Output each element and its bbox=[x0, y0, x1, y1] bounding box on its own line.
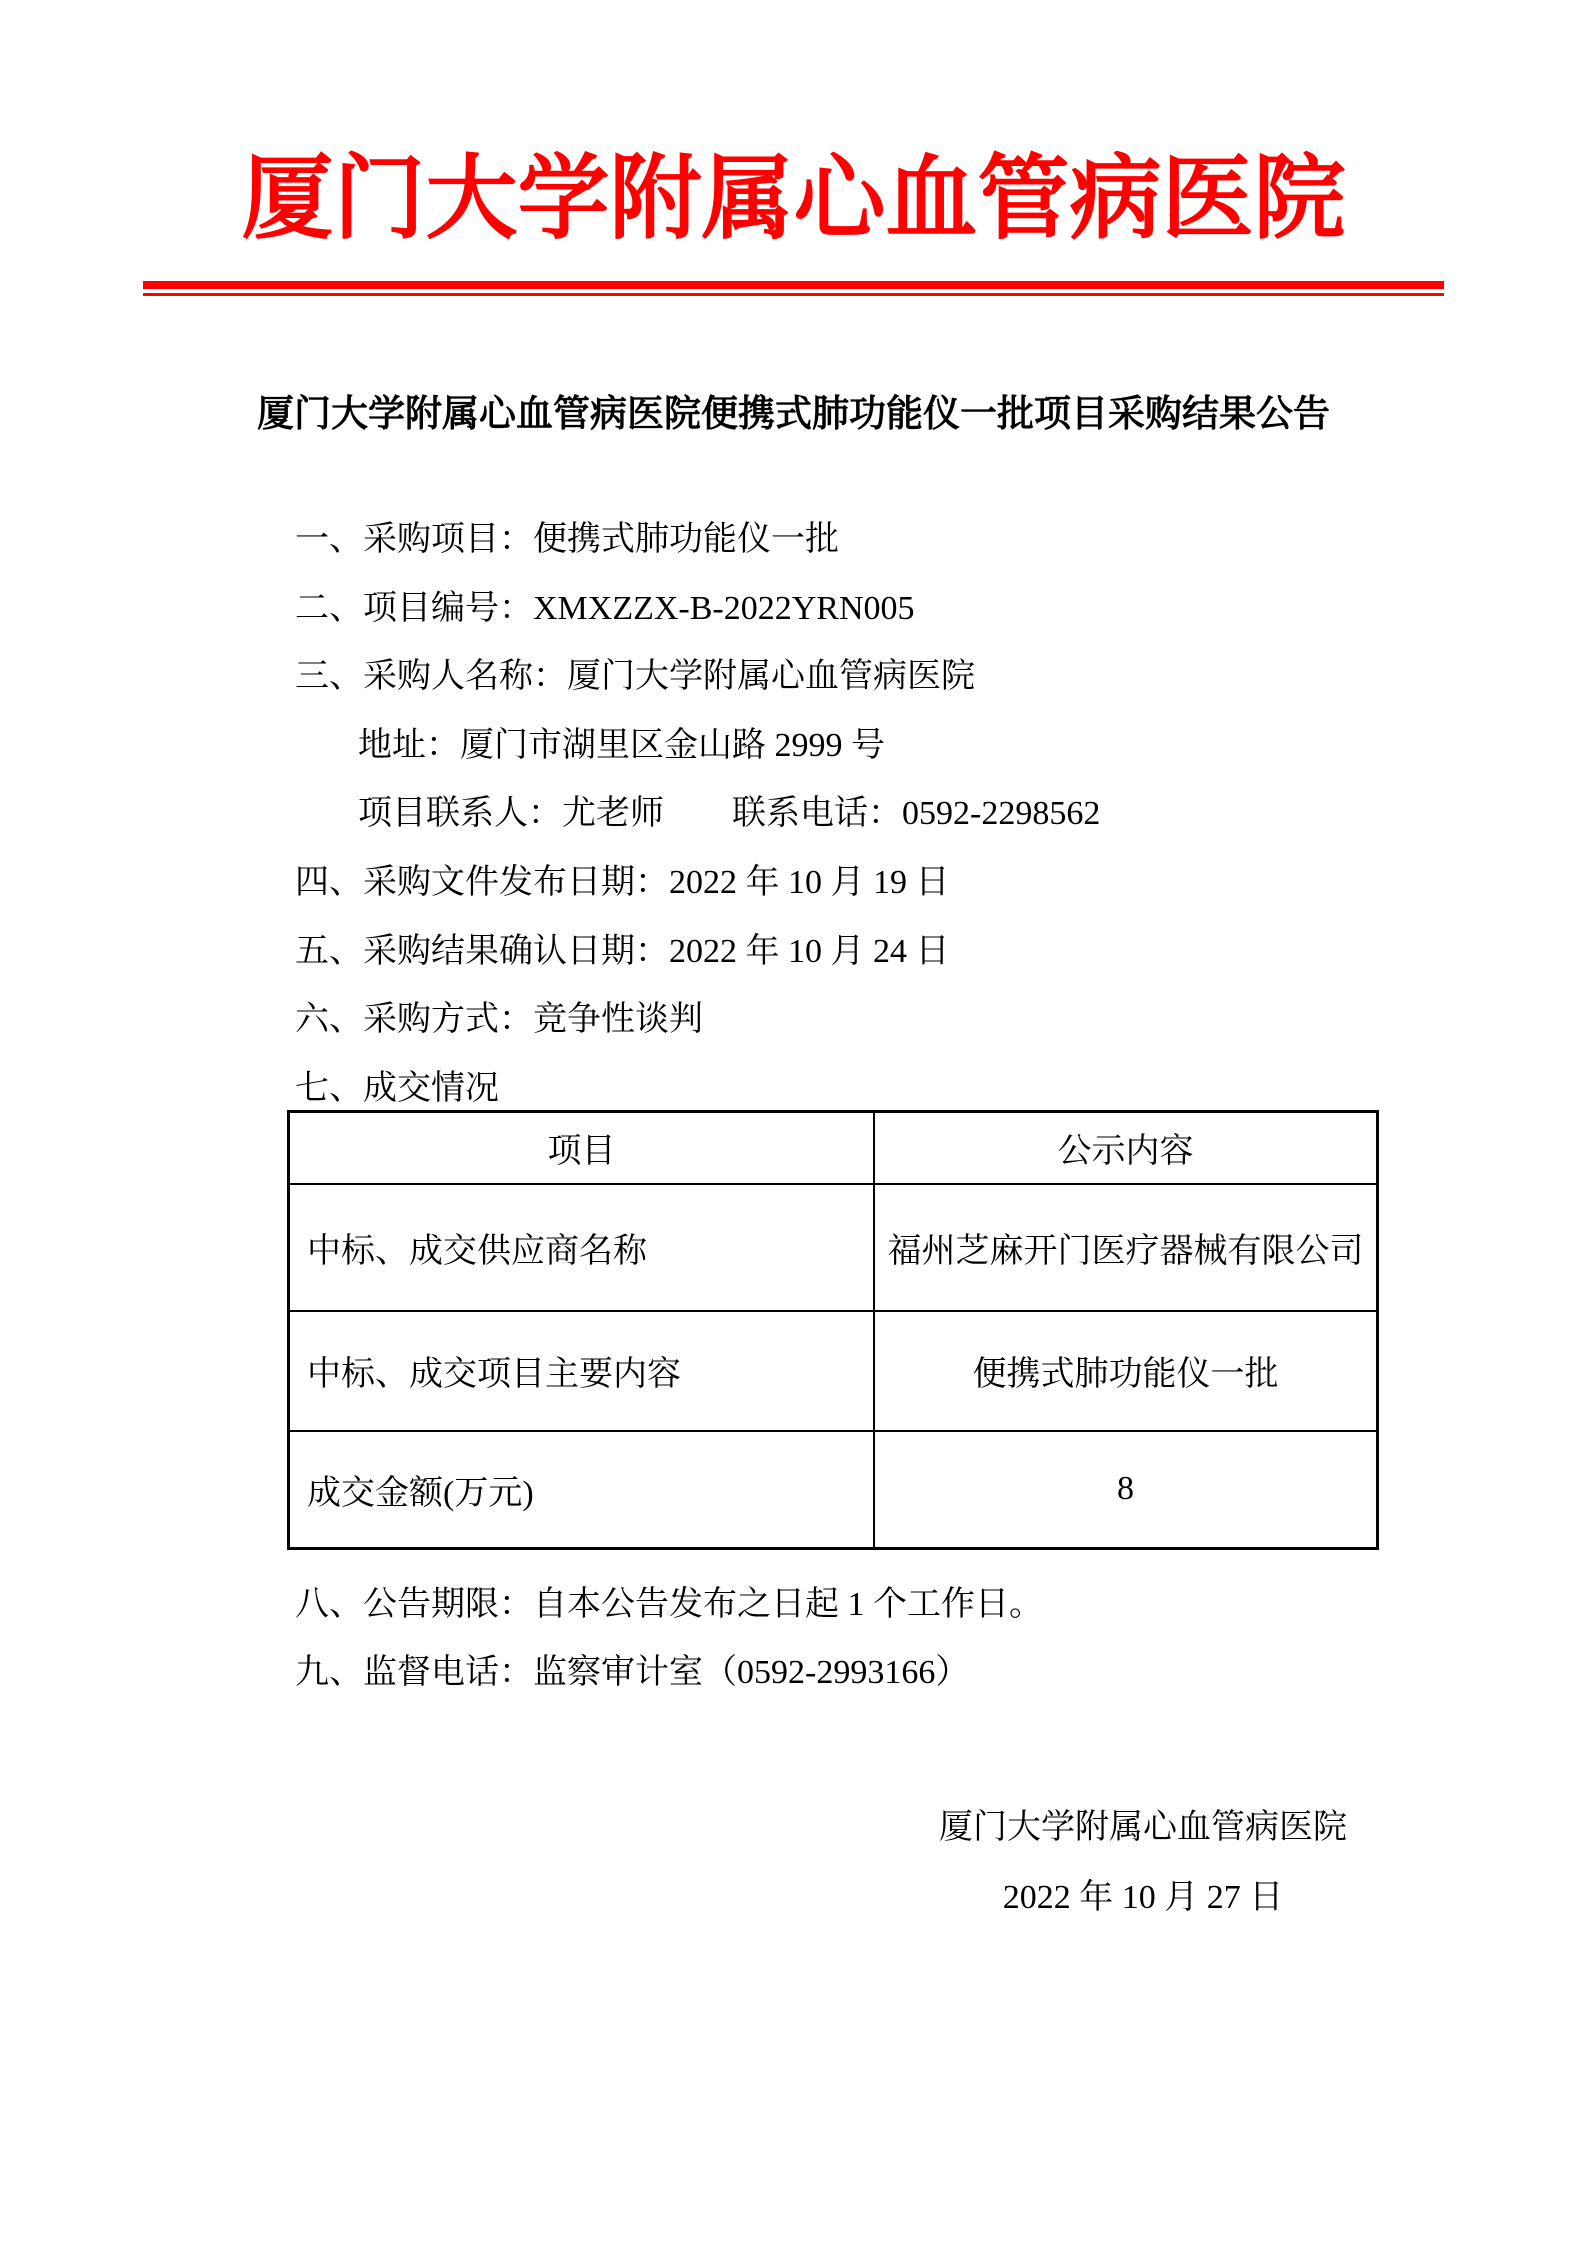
table-row-deal-amount: 成交金额(万元) 8 bbox=[289, 1431, 1378, 1549]
letterhead-divider-thin-line bbox=[143, 293, 1444, 296]
signature-org: 厦门大学附属心血管病医院 bbox=[939, 1806, 1347, 1850]
table-row-supplier: 中标、成交供应商名称 福州芝麻开门医疗器械有限公司 bbox=[289, 1184, 1378, 1311]
item-purchaser-name: 三、采购人名称：厦门大学附属心血管病医院 bbox=[295, 643, 1100, 712]
item-procurement-project: 一、采购项目：便携式肺功能仪一批 bbox=[295, 506, 1100, 575]
announcement-footer-items: 八、公告期限：自本公告发布之日起 1 个工作日。 九、监督电话：监察审计室（05… bbox=[295, 1571, 1043, 1706]
table-header-row: 项目 公示内容 bbox=[289, 1112, 1378, 1184]
hospital-letterhead: 厦门大学附属心血管病医院 bbox=[0, 142, 1587, 257]
cell-project-content-value: 便携式肺功能仪一批 bbox=[874, 1311, 1378, 1431]
item-purchaser-address: 地址：厦门市湖里区金山路 2999 号 bbox=[295, 712, 1100, 781]
item-procurement-method: 六、采购方式：竞争性谈判 bbox=[295, 986, 1100, 1055]
cell-project-content-label: 中标、成交项目主要内容 bbox=[289, 1311, 875, 1431]
table-header-item: 项目 bbox=[289, 1112, 875, 1184]
item-document-publish-date: 四、采购文件发布日期：2022 年 10 月 19 日 bbox=[295, 849, 1100, 918]
item-contact-info: 项目联系人：尤老师 联系电话：0592-2298562 bbox=[295, 780, 1100, 849]
item-result-confirm-date: 五、采购结果确认日期：2022 年 10 月 24 日 bbox=[295, 918, 1100, 987]
cell-deal-amount-value: 8 bbox=[874, 1431, 1378, 1549]
item-announcement-period: 八、公告期限：自本公告发布之日起 1 个工作日。 bbox=[295, 1571, 1043, 1639]
cell-supplier-label: 中标、成交供应商名称 bbox=[289, 1184, 875, 1311]
cell-supplier-value: 福州芝麻开门医疗器械有限公司 bbox=[874, 1184, 1378, 1311]
table-row-project-content: 中标、成交项目主要内容 便携式肺功能仪一批 bbox=[289, 1311, 1378, 1431]
item-project-number: 二、项目编号：XMXZZX-B-2022YRN005 bbox=[295, 575, 1100, 644]
table-header-content: 公示内容 bbox=[874, 1112, 1378, 1184]
announcement-title: 厦门大学附属心血管病医院便携式肺功能仪一批项目采购结果公告 bbox=[0, 392, 1587, 438]
item-supervision-phone: 九、监督电话：监察审计室（0592-2993166） bbox=[295, 1639, 1043, 1707]
signature-date: 2022 年 10 月 27 日 bbox=[939, 1876, 1347, 1920]
letterhead-divider-thick-line bbox=[143, 281, 1444, 289]
announcement-body: 一、采购项目：便携式肺功能仪一批 二、项目编号：XMXZZX-B-2022YRN… bbox=[295, 506, 1100, 1123]
cell-deal-amount-label: 成交金额(万元) bbox=[289, 1431, 875, 1549]
signature-block: 厦门大学附属心血管病医院 2022 年 10 月 27 日 bbox=[939, 1806, 1347, 1920]
deal-result-table: 项目 公示内容 中标、成交供应商名称 福州芝麻开门医疗器械有限公司 中标、成交项… bbox=[287, 1110, 1379, 1550]
document-page: 厦门大学附属心血管病医院 厦门大学附属心血管病医院便携式肺功能仪一批项目采购结果… bbox=[0, 0, 1587, 2245]
letterhead-divider bbox=[143, 281, 1444, 296]
